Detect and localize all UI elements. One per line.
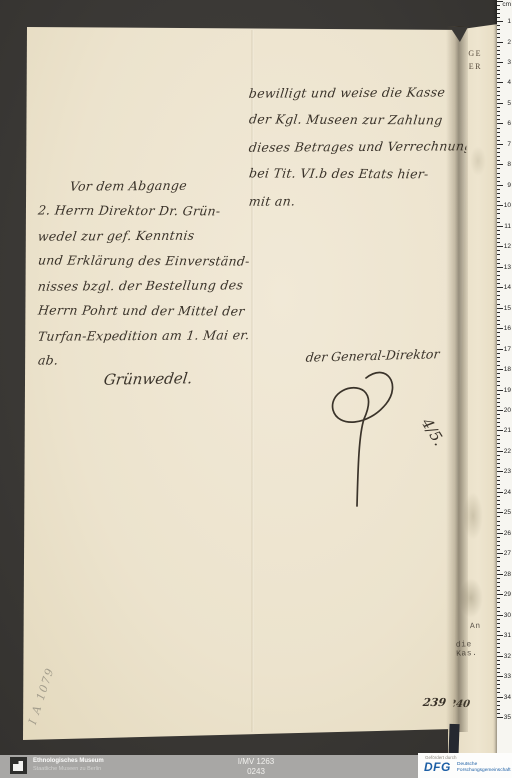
- ruler-tick: [497, 197, 500, 198]
- ruler-tick: [497, 246, 503, 247]
- ruler-number: 16: [504, 325, 511, 332]
- ruler-tick: [497, 680, 500, 681]
- ruler-tick: [497, 697, 503, 698]
- ruler-tick: [497, 136, 500, 137]
- ruler-tick: [497, 295, 500, 296]
- ruler-tick: [497, 570, 500, 571]
- ruler-tick: [497, 656, 503, 657]
- ruler-tick: [497, 250, 500, 251]
- ruler-tick: [497, 21, 503, 22]
- ruler-number: 15: [504, 305, 511, 312]
- ruler-tick: [497, 328, 503, 329]
- ruler-tick: [497, 717, 503, 718]
- ruler-number: 13: [504, 264, 511, 271]
- ruler-number: 33: [504, 673, 511, 680]
- ruler-tick: [497, 664, 500, 665]
- ruler-tick: [497, 58, 500, 59]
- ruler-tick: [497, 132, 500, 133]
- ruler-tick: [497, 647, 500, 648]
- ruler-tick: [497, 598, 500, 599]
- ruler-tick: [497, 467, 500, 468]
- ruler-tick: [497, 291, 500, 292]
- ruler-tick: [497, 336, 500, 337]
- ruler-tick: [497, 508, 500, 509]
- ruler-tick: [497, 279, 500, 280]
- ruler-tick: [497, 512, 503, 513]
- ruler-tick: [497, 173, 500, 174]
- document-page: bewilligt und weise die Kasseder Kgl. Mu…: [0, 0, 512, 778]
- handwritten-line: bei Tit. VI.b des Etats hier-: [248, 159, 474, 187]
- ruler-tick: [497, 37, 500, 38]
- handwritten-line: Turfan-Expedition am 1. Mai er.: [36, 322, 251, 348]
- ruler-tick: [497, 254, 500, 255]
- ruler-number: 25: [504, 509, 511, 516]
- ruler-number: 17: [504, 346, 511, 353]
- pencil-shelfmark: I A 1079: [26, 666, 57, 726]
- ruler-tick: [497, 87, 500, 88]
- ruler-number: 26: [504, 530, 511, 537]
- ruler-tick: [497, 463, 500, 464]
- ruler-tick: [497, 222, 500, 223]
- handwritten-line: dieses Betrages und Verrechnung: [247, 132, 474, 161]
- ruler-number: 22: [504, 448, 511, 455]
- handwritten-line: bewilligt und weise die Kasse: [247, 78, 474, 107]
- ruler-tick: [497, 148, 500, 149]
- ruler-number: 29: [504, 591, 511, 598]
- signature-gruenwedel: Grünwedel.: [103, 369, 194, 389]
- ruler-tick: [497, 299, 500, 300]
- date-mark: 4/5.: [418, 415, 449, 449]
- ruler-tick: [497, 357, 500, 358]
- ruler-tick: [497, 5, 500, 6]
- ruler-tick: [497, 521, 500, 522]
- ruler-tick: [497, 639, 500, 640]
- ruler-tick: [497, 652, 500, 653]
- ruler-tick: [497, 430, 503, 431]
- ruler-tick: [497, 426, 500, 427]
- ruler-number: 2: [507, 39, 511, 46]
- ruler-tick: [497, 553, 503, 554]
- ruler-tick: [497, 46, 500, 47]
- ruler-tick: [497, 590, 500, 591]
- ruler-tick: [497, 381, 500, 382]
- ruler-tick: [497, 267, 503, 268]
- ruler-tick: [497, 619, 500, 620]
- ruler-tick: [497, 549, 500, 550]
- ruler-tick: [497, 709, 500, 710]
- ruler-tick: [497, 635, 503, 636]
- ruler-number: 7: [507, 141, 511, 148]
- ruler-unit-label: cm: [502, 1, 511, 8]
- ruler-number: 8: [507, 161, 511, 168]
- ruler-tick: [497, 418, 500, 419]
- ruler-tick: [497, 312, 500, 313]
- ruler-tick: [497, 684, 500, 685]
- ruler-tick: [497, 242, 500, 243]
- ruler-tick: [497, 193, 500, 194]
- ruler-tick: [497, 488, 500, 489]
- ruler-number: 30: [504, 612, 511, 619]
- ruler: cm 1234567891011121314151617181920212223…: [497, 0, 512, 758]
- ruler-number: 3: [507, 59, 511, 66]
- ruler-tick: [497, 238, 500, 239]
- ruler-tick: [497, 455, 500, 456]
- ruler-tick: [497, 160, 500, 161]
- ruler-tick: [497, 119, 500, 120]
- handwritten-line: der Kgl. Museen zur Zahlung: [248, 105, 474, 133]
- ruler-tick: [497, 471, 503, 472]
- handwritten-paragraph-left: Vor dem Abgange2. Herrn Direktor Dr. Grü…: [38, 173, 250, 373]
- ruler-tick: [497, 701, 500, 702]
- ruler-tick: [497, 201, 500, 202]
- ruler-tick: [497, 349, 503, 350]
- handwritten-line: und Erklärung des Einverständ-: [37, 247, 251, 273]
- ruler-number: 6: [507, 120, 511, 127]
- ruler-tick: [497, 78, 500, 79]
- ruler-tick: [497, 668, 500, 669]
- ruler-tick: [497, 287, 503, 288]
- scan-viewport: GE DER An die Kas. 240 bewilligt und wei…: [0, 0, 512, 778]
- ruler-tick: [497, 480, 500, 481]
- ruler-tick: [497, 611, 500, 612]
- ruler-tick: [497, 259, 500, 260]
- ruler-tick: [497, 332, 500, 333]
- ruler-tick: [497, 156, 500, 157]
- ruler-tick: [497, 91, 500, 92]
- ruler-number: 34: [504, 694, 511, 701]
- ruler-number: 21: [504, 427, 511, 434]
- ruler-tick: [497, 234, 500, 235]
- ruler-tick: [497, 304, 500, 305]
- ruler-number: 4: [507, 79, 511, 86]
- footer-bar: Ethnologisches Museum Staatliche Museen …: [0, 755, 512, 778]
- ruler-number: 28: [504, 571, 511, 578]
- ruler-tick: [497, 443, 500, 444]
- handwritten-line: wedel zur gef. Kenntnis: [36, 222, 251, 248]
- adjacent-typed-line: An: [470, 622, 481, 631]
- ruler-tick: [497, 275, 500, 276]
- ruler-number: 19: [504, 387, 511, 394]
- ruler-tick: [497, 189, 500, 190]
- ruler-number: 1: [507, 18, 511, 25]
- ruler-tick: [497, 361, 500, 362]
- ruler-tick: [497, 111, 500, 112]
- ruler-tick: [497, 103, 503, 104]
- ruler-number: 32: [504, 653, 511, 660]
- page-fold-shadow: [446, 26, 468, 732]
- ruler-tick: [497, 316, 500, 317]
- ruler-number: 23: [504, 468, 511, 475]
- ruler-tick: [497, 271, 500, 272]
- ruler-number: 9: [507, 182, 511, 189]
- ruler-tick: [497, 144, 503, 145]
- ruler-number: 10: [504, 202, 511, 209]
- ruler-tick: [497, 496, 500, 497]
- dfg-acronym: DFG: [424, 760, 451, 774]
- ruler-tick: [497, 643, 500, 644]
- ruler-tick: [497, 99, 500, 100]
- ruler-tick: [497, 353, 500, 354]
- ruler-tick: [497, 459, 500, 460]
- ruler-tick: [497, 17, 500, 18]
- ruler-tick: [497, 209, 500, 210]
- ruler-tick: [497, 529, 500, 530]
- ruler-tick: [497, 390, 503, 391]
- ruler-tick: [497, 177, 500, 178]
- ruler-tick: [497, 25, 500, 26]
- ruler-tick: [497, 181, 500, 182]
- ruler-number: 24: [504, 489, 511, 496]
- ruler-tick: [497, 541, 500, 542]
- page-number: 239: [422, 696, 447, 709]
- ruler-tick: [497, 676, 503, 677]
- ruler-tick: [497, 365, 500, 366]
- ruler-tick: [497, 95, 500, 96]
- ruler-tick: [497, 340, 500, 341]
- ruler-tick: [497, 394, 500, 395]
- dfg-logo: Gefördert durch DFG Deutsche Forschungsg…: [418, 753, 512, 778]
- ruler-tick: [497, 152, 500, 153]
- ruler-tick: [497, 33, 500, 34]
- ruler-tick: [497, 344, 500, 345]
- ruler-tick: [497, 369, 503, 370]
- ruler-tick: [497, 263, 500, 264]
- ruler-tick: [497, 586, 500, 587]
- ruler-tick: [497, 50, 500, 51]
- ruler-tick: [497, 377, 500, 378]
- ruler-tick: [497, 525, 500, 526]
- ruler-tick: [497, 516, 500, 517]
- ruler-number: 20: [504, 407, 511, 414]
- ruler-tick: [497, 627, 500, 628]
- ruler-number: 18: [504, 366, 511, 373]
- ruler-tick: [497, 213, 500, 214]
- ruler-tick: [497, 74, 500, 75]
- ruler-tick: [497, 623, 500, 624]
- ruler-number: 35: [504, 714, 511, 721]
- ruler-tick: [497, 13, 500, 14]
- ruler-number: 11: [504, 223, 511, 230]
- ruler-tick: [497, 115, 500, 116]
- ruler-tick: [497, 66, 500, 67]
- ruler-tick: [497, 140, 500, 141]
- ruler-tick: [497, 566, 500, 567]
- ruler-tick: [497, 631, 500, 632]
- ruler-tick: [497, 557, 500, 558]
- ruler-number: 12: [504, 243, 511, 250]
- ruler-tick: [497, 406, 500, 407]
- ruler-tick: [497, 107, 500, 108]
- ruler-tick: [497, 615, 503, 616]
- ruler-tick: [497, 398, 500, 399]
- handwritten-line: 2. Herrn Direktor Dr. Grün-: [37, 197, 251, 223]
- ruler-tick: [497, 692, 500, 693]
- ruler-tick: [497, 123, 503, 124]
- ruler-tick: [497, 230, 500, 231]
- handwritten-line: Herrn Pohrt und der Mittel der: [37, 297, 251, 323]
- dfg-full-name: Deutsche Forschungsgemeinschaft: [457, 762, 511, 773]
- ruler-tick: [497, 660, 500, 661]
- ruler-tick: [497, 70, 500, 71]
- ruler-tick: [497, 29, 500, 30]
- ruler-tick: [497, 324, 500, 325]
- ruler-tick: [497, 435, 500, 436]
- ruler-tick: [497, 713, 500, 714]
- ruler-tick: [497, 504, 500, 505]
- ruler-tick: [497, 226, 503, 227]
- handwritten-line: Vor dem Abgange: [68, 172, 251, 198]
- ruler-tick: [497, 705, 500, 706]
- ruler-tick: [497, 561, 500, 562]
- ruler-tick: [497, 533, 503, 534]
- ruler-tick: [497, 537, 500, 538]
- general-direktor-signature-paraph: [300, 362, 420, 512]
- ruler-tick: [497, 484, 500, 485]
- ruler-tick: [497, 410, 503, 411]
- ruler-tick: [497, 545, 500, 546]
- ruler-tick: [497, 185, 503, 186]
- ruler-tick: [497, 9, 500, 10]
- ruler-tick: [497, 578, 500, 579]
- ruler-tick: [497, 476, 500, 477]
- ruler-tick: [497, 42, 503, 43]
- ruler-tick: [497, 607, 500, 608]
- handwritten-paragraph-right: bewilligt und weise die Kasseder Kgl. Mu…: [249, 79, 473, 214]
- ruler-tick: [497, 308, 503, 309]
- paper-stain: [470, 146, 486, 176]
- ruler-tick: [497, 451, 503, 452]
- handwritten-line: nisses bzgl. der Bestellung des: [36, 272, 251, 298]
- ruler-number: 27: [504, 550, 511, 557]
- ruler-tick: [497, 602, 500, 603]
- ruler-tick: [497, 373, 500, 374]
- ruler-number: 31: [504, 632, 511, 639]
- ruler-tick: [497, 164, 503, 165]
- ruler-tick: [497, 54, 500, 55]
- ruler-tick: [497, 414, 500, 415]
- handwritten-line: mit an.: [247, 186, 474, 215]
- adjacent-printed-header-line: GE: [468, 47, 482, 60]
- ruler-tick: [497, 385, 500, 386]
- ruler-tick: [497, 205, 503, 206]
- ruler-tick: [497, 82, 503, 83]
- ruler-tick: [497, 594, 503, 595]
- ruler-tick: [497, 439, 500, 440]
- ruler-tick: [497, 500, 500, 501]
- ruler-tick: [497, 402, 500, 403]
- ruler-tick: [497, 574, 503, 575]
- ruler-number: 5: [507, 100, 511, 107]
- ruler-tick: [497, 1, 503, 2]
- ruler-number: 14: [504, 284, 511, 291]
- ruler-tick: [497, 218, 500, 219]
- ruler-tick: [497, 447, 500, 448]
- ruler-tick: [497, 688, 500, 689]
- ruler-tick: [497, 582, 500, 583]
- ruler-tick: [497, 422, 500, 423]
- ruler-tick: [497, 62, 503, 63]
- ruler-tick: [497, 283, 500, 284]
- ruler-tick: [497, 492, 503, 493]
- ruler-tick: [497, 320, 500, 321]
- ruler-tick: [497, 672, 500, 673]
- ruler-tick: [497, 128, 500, 129]
- ruler-tick: [497, 168, 500, 169]
